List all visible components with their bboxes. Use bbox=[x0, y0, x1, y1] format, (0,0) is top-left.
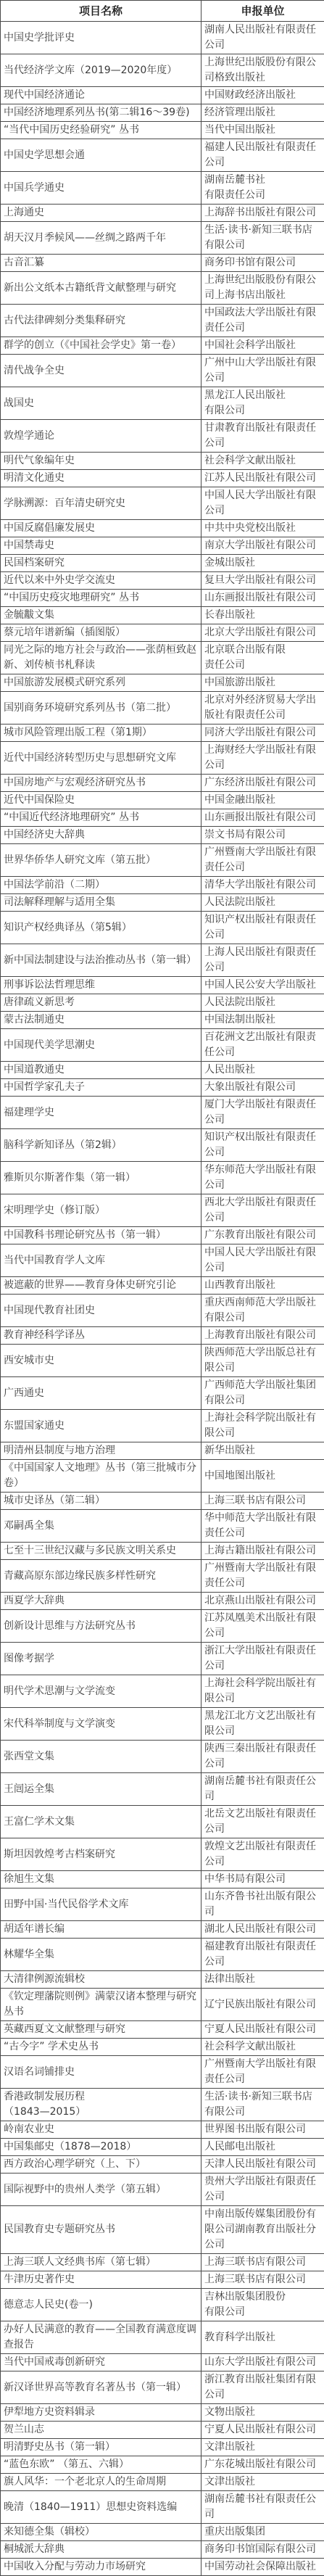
table-row: 同光之际的地方社会与政治——张荫桓致赵新、刘传桢书札释读北京联合出版有限 责任公… bbox=[1, 642, 324, 674]
table-row: 中国旅游发展模式研究系列中国旅游出版社 bbox=[1, 674, 324, 692]
project-name-cell: 明清文化通史 bbox=[1, 470, 202, 487]
org-cell: 陕西师范大学出版总社有限公司 bbox=[202, 1345, 324, 1377]
project-name-cell: 群学的创立（《中国社会学史》第一卷） bbox=[1, 337, 202, 355]
table-row: 中国经济地理系列丛书(第二辑16～39卷)经济管理出版社 bbox=[1, 104, 324, 122]
project-name-cell: 知识产权经典译丛（第5辑） bbox=[1, 912, 202, 944]
project-name-cell: 邓嗣禹全集 bbox=[1, 1510, 202, 1543]
table-row: 福建理学史厦门大学出版社有限责任公司 bbox=[1, 1097, 324, 1129]
project-name-cell: 明清野史丛书（第一辑） bbox=[1, 2439, 202, 2456]
table-row: 敦煌学通论甘肃教育出版社有限责任公司 bbox=[1, 420, 324, 453]
header-org: 申报单位 bbox=[202, 1, 324, 22]
org-cell: 中共中央党校出版社 bbox=[202, 520, 324, 537]
project-name-cell: 新中国法制建设与法治推动丛书（第一辑） bbox=[1, 944, 202, 977]
table-row: 英藏西夏文文献整理与研究宁夏人民出版社有限公司 bbox=[1, 2021, 324, 2039]
project-name-cell: 刑事诉讼法哲理思维 bbox=[1, 977, 202, 994]
org-cell: 上海辞书出版社有限公司 bbox=[202, 205, 324, 222]
org-cell: 厦门大学出版社有限责任公司 bbox=[202, 1097, 324, 1129]
org-cell: 人民法院出版社 bbox=[202, 994, 324, 1012]
project-name-cell: 国别商务环境研究系列丛书（第二批） bbox=[1, 692, 202, 724]
table-row: 新出公文纸本古籍纸背文献整理与研究上海世纪出版股份有限公司上海书店出版社 bbox=[1, 272, 324, 305]
project-name-cell: 学脉溯源：百年清史研究史 bbox=[1, 487, 202, 520]
project-name-cell: 创新设计思维与方法研究丛书 bbox=[1, 1610, 202, 1643]
table-row: 图像考据学浙江大学出版社有限责任公司 bbox=[1, 1643, 324, 1675]
org-cell: 广东花城出版社有限公司 bbox=[202, 2456, 324, 2474]
table-row: 大清律例源流辑校法律出版社 bbox=[1, 1971, 324, 1989]
org-cell: 法律出版社 bbox=[202, 1971, 324, 1989]
project-name-cell: 贺兰山志 bbox=[1, 2422, 202, 2439]
project-name-cell: 中国史学思想会通 bbox=[1, 139, 202, 172]
org-cell: 北京燕山出版社有限公司 bbox=[202, 1593, 324, 1610]
table-row: 群学的创立（《中国社会学史》第一卷）中国社会科学出版社 bbox=[1, 337, 324, 355]
table-row: 张西堂文集陕西三秦出版社有限责任公司 bbox=[1, 1741, 324, 1773]
project-name-cell: “蓝色东欧” （第五、六辑） bbox=[1, 2456, 202, 2474]
org-cell: 崇文书局有限公司 bbox=[202, 827, 324, 844]
org-cell: 吉林出版集团股份 有限公司 bbox=[202, 2289, 324, 2321]
table-row: 中国收入分配与劳动力市场研究中国劳动社会保障出版社 bbox=[1, 2559, 324, 2576]
table-row: 中国现代教育社团史重庆西南师范大学出版社有限公司 bbox=[1, 1295, 324, 1327]
project-name-cell: 金毓黻文集 bbox=[1, 607, 202, 624]
table-row: 西安城市史陕西师范大学出版总社有限公司 bbox=[1, 1345, 324, 1377]
project-name-cell: 来知德全集（辑校） bbox=[1, 2524, 202, 2541]
org-cell: 经济管理出版社 bbox=[202, 104, 324, 122]
table-row: 中国集邮史（1878—2018）人民邮电出版社 bbox=[1, 2139, 324, 2156]
table-row: 雅斯贝尔斯著作集（第一辑）华东师范大学出版社有限公司 bbox=[1, 1162, 324, 1194]
project-name-cell: 中国现代美学思潮史 bbox=[1, 1029, 202, 1062]
org-cell: 上海三联书店有限公司 bbox=[202, 2254, 324, 2271]
org-cell: 广州中山大学出版社有限公司 bbox=[202, 355, 324, 387]
project-name-cell: 晚清（1840—1911）思想史资料选编 bbox=[1, 2491, 202, 2524]
org-cell: 重庆出版集团 bbox=[202, 2524, 324, 2541]
org-cell: 甘肃教育出版社有限责任公司 bbox=[202, 420, 324, 453]
org-cell: 中华书局有限公司 bbox=[202, 1871, 324, 1888]
org-cell: 湖北人民出版社有限公司 bbox=[202, 1921, 324, 1939]
table-row: 现代中国经济通论中国财政经济出版社 bbox=[1, 87, 324, 104]
org-cell: 广西师范大学出版社集团有限公司 bbox=[202, 1377, 324, 1410]
org-cell: 南京大学出版社有限公司 bbox=[202, 537, 324, 555]
org-cell: 中国财政经济出版社 bbox=[202, 87, 324, 104]
org-cell: 黑龙江人民出版社 有限公司 bbox=[202, 387, 324, 420]
org-cell: 福建教育出版社有限责任公司 bbox=[202, 1939, 324, 1971]
project-name-cell: 中国法学前沿（二期） bbox=[1, 877, 202, 894]
org-cell: 江苏凤凰美术出版社有限公司 bbox=[202, 1610, 324, 1643]
table-row: 民国教育史专题研究丛书中南出版传媒集团股份有限公司湖南教育出版社分公司 bbox=[1, 2206, 324, 2254]
org-cell: 广州暨南大学出版社有限责任公司 bbox=[202, 1560, 324, 1593]
table-row: 邓嗣禹全集华中师范大学出版社有限责任公司 bbox=[1, 1510, 324, 1543]
org-cell: 辽宁民族出版社有限公司 bbox=[202, 1989, 324, 2021]
org-cell: 湖南岳麓书社有限责任公司 bbox=[202, 2491, 324, 2524]
project-name-cell: 中国旅游发展模式研究系列 bbox=[1, 674, 202, 692]
org-cell: 华东师范大学出版社有限公司 bbox=[202, 1162, 324, 1194]
org-cell: 北京联合出版有限 责任公司 bbox=[202, 642, 324, 674]
org-cell: 中国金融出版社 bbox=[202, 792, 324, 809]
org-cell: 上海世纪出版股份有限公司上海书店出版社 bbox=[202, 272, 324, 305]
project-name-cell: 旗人风华：一个老北京人的生命周期 bbox=[1, 2474, 202, 2491]
org-cell: 上海三联书店有限公司 bbox=[202, 2271, 324, 2289]
table-row: 田野中国·当代民俗学术文库山东齐鲁书社出版有限公司 bbox=[1, 1888, 324, 1921]
org-cell: 广东经济出版社有限公司 bbox=[202, 775, 324, 792]
project-name-cell: 汉语名词铺排史 bbox=[1, 2056, 202, 2089]
project-name-cell: 新出公文纸本古籍纸背文献整理与研究 bbox=[1, 272, 202, 305]
org-cell: 百花洲文艺出版社有限责任公司 bbox=[202, 1029, 324, 1062]
table-row: 伊犁地方史资料辑录文物出版社 bbox=[1, 2404, 324, 2422]
project-name-cell: 中国经济地理系列丛书(第二辑16～39卷) bbox=[1, 104, 202, 122]
org-cell: 上海三联书店有限公司 bbox=[202, 1493, 324, 1510]
table-row: “中国历史疫灾地理研究” 丛书山东画报出版社有限公司 bbox=[1, 590, 324, 607]
project-name-cell: 西夏学大辞典 bbox=[1, 1593, 202, 1610]
table-row: 国别商务环境研究系列丛书（第二批）北京对外经济贸易大学出版社有限责任公司 bbox=[1, 692, 324, 724]
table-row: 旗人风华：一个老北京人的生命周期文津出版社 bbox=[1, 2474, 324, 2491]
table-row: 古代法律碑刻分类集释研究中国政法大学出版社有限责任公司 bbox=[1, 305, 324, 337]
project-name-cell: 广西通史 bbox=[1, 1377, 202, 1410]
project-name-cell: 战国史 bbox=[1, 387, 202, 420]
project-name-cell: 伊犁地方史资料辑录 bbox=[1, 2404, 202, 2422]
table-row: 中国兵学通史湖南岳麓书社 有限责任公司 bbox=[1, 172, 324, 205]
org-cell: 中南出版传媒集团股份有限公司湖南教育出版社分公司 bbox=[202, 2206, 324, 2254]
project-name-cell: 田野中国·当代民俗学术文库 bbox=[1, 1888, 202, 1921]
project-name-cell: 胡适年谱长编 bbox=[1, 1921, 202, 1939]
org-cell: 世界图书出版有限公司 bbox=[202, 2121, 324, 2139]
org-cell: 西北大学出版社有限责任公司 bbox=[202, 1194, 324, 1227]
project-name-cell: 同光之际的地方社会与政治——张荫桓致赵新、刘传桢书札释读 bbox=[1, 642, 202, 674]
table-row: 中国教科书理论研究丛书（第一辑）广东教育出版社有限公司 bbox=[1, 1227, 324, 1244]
table-row: 唐律疏义新思考人民法院出版社 bbox=[1, 994, 324, 1012]
project-name-cell: 近代中国保险史 bbox=[1, 792, 202, 809]
project-name-cell: 中国哲学家孔夫子 bbox=[1, 1079, 202, 1097]
project-name-cell: 雅斯贝尔斯著作集（第一辑） bbox=[1, 1162, 202, 1194]
project-name-cell: 明代气象编年史 bbox=[1, 453, 202, 470]
table-row: 办好人民满意的教育——全国教育满意度调查报告教育科学出版社 bbox=[1, 2321, 324, 2354]
table-row: 中国现代美学思潮史百花洲文艺出版社有限责任公司 bbox=[1, 1029, 324, 1062]
org-cell: 浙江教育出版社集团有限公司 bbox=[202, 2371, 324, 2404]
org-cell: 中国人民大学出版社有限公司 bbox=[202, 487, 324, 520]
table-row: 《钦定理藩院则例》满蒙汉诸本整理与研究丛书辽宁民族出版社有限公司 bbox=[1, 1989, 324, 2021]
project-name-cell: 牛津历史著作史 bbox=[1, 2271, 202, 2289]
table-row: 西夏学大辞典北京燕山出版社有限公司 bbox=[1, 1593, 324, 1610]
table-row: 清代战争全史广州中山大学出版社有限公司 bbox=[1, 355, 324, 387]
org-cell: 人民出版社 bbox=[202, 1062, 324, 1079]
org-cell: 上海古籍出版社有限公司 bbox=[202, 1543, 324, 1560]
table-row: 中国史学批评史湖南人民出版社有限责任公司 bbox=[1, 22, 324, 54]
org-cell: 上海人民出版社有限责任公司 bbox=[202, 944, 324, 977]
project-name-cell: 近代中国经济转型历史与思想研究文库 bbox=[1, 742, 202, 775]
table-row: 蒙古法制通史中国法制出版社 bbox=[1, 1012, 324, 1029]
table-row: 当代经济学文库（2019—2020年度）上海世纪出版股份有限公司格致出版社 bbox=[1, 54, 324, 87]
table-row: 徐旭生文集中华书局有限公司 bbox=[1, 1871, 324, 1888]
project-name-cell: 当代中国教育学人文库 bbox=[1, 1244, 202, 1277]
table-row: 七至十三世纪汉藏与多民族文明关系史上海古籍出版社有限公司 bbox=[1, 1543, 324, 1560]
org-cell: 文物出版社 bbox=[202, 2404, 324, 2422]
org-cell: 文津出版社 bbox=[202, 2474, 324, 2491]
org-cell: 生活·读书·新知三联书店有限公司 bbox=[202, 222, 324, 255]
project-name-cell: 王闿运全集 bbox=[1, 1773, 202, 1806]
org-cell: 新华出版社 bbox=[202, 1442, 324, 1460]
project-name-cell: 近代以来中外史学交流史 bbox=[1, 572, 202, 590]
project-name-cell: 中国史学批评史 bbox=[1, 22, 202, 54]
project-name-cell: 上海三联人文经典书库（第七辑） bbox=[1, 2254, 202, 2271]
project-name-cell: 王富仁学术文集 bbox=[1, 1806, 202, 1838]
project-name-cell: 中国收入分配与劳动力市场研究 bbox=[1, 2559, 202, 2576]
project-name-cell: “中国历史疫灾地理研究” 丛书 bbox=[1, 590, 202, 607]
org-cell: 金城出版社 bbox=[202, 555, 324, 572]
org-cell: 湖南岳麓书社有限责任公司 bbox=[202, 1773, 324, 1806]
table-row: 创新设计思维与方法研究丛书江苏凤凰美术出版社有限公司 bbox=[1, 1610, 324, 1643]
org-cell: 山东画报出版社有限公司 bbox=[202, 590, 324, 607]
org-cell: 知识产权出版社有限责任公司 bbox=[202, 912, 324, 944]
org-cell: 贵州大学出版社有限责任公司 bbox=[202, 2173, 324, 2206]
table-row: 中国法学前沿（二期）清华大学出版社有限公司 bbox=[1, 877, 324, 894]
org-cell: 人民法院出版社 bbox=[202, 894, 324, 912]
org-cell: 北京对外经济贸易大学出版社有限责任公司 bbox=[202, 692, 324, 724]
table-row: 广西通史广西师范大学出版社集团有限公司 bbox=[1, 1377, 324, 1410]
org-cell: 天津人民出版社有限公司 bbox=[202, 2156, 324, 2173]
org-cell: 清华大学出版社有限公司 bbox=[202, 877, 324, 894]
org-cell: 湖南岳麓书社 有限责任公司 bbox=[202, 172, 324, 205]
org-cell: 中国法制出版社 bbox=[202, 1012, 324, 1029]
project-name-cell: 明清州县制度与地方治理 bbox=[1, 1442, 202, 1460]
org-cell: 长春出版社 bbox=[202, 607, 324, 624]
table-row: 上海三联人文经典书库（第七辑）上海三联书店有限公司 bbox=[1, 2254, 324, 2271]
project-name-cell: 青藏高原东部边缘民族多样性研究 bbox=[1, 1560, 202, 1593]
table-row: 民国档案研究金城出版社 bbox=[1, 555, 324, 572]
table-row: 中国禁毒史南京大学出版社有限公司 bbox=[1, 537, 324, 555]
table-row: 中国经济史大辞典崇文书局有限公司 bbox=[1, 827, 324, 844]
project-name-cell: 教育神经科学译丛 bbox=[1, 1327, 202, 1345]
project-name-cell: 城市史译丛（第二辑） bbox=[1, 1493, 202, 1510]
table-row: 中国史学思想会通福建人民出版社有限责任公司 bbox=[1, 139, 324, 172]
table-row: 贺兰山志宁夏人民出版社有限公司 bbox=[1, 2422, 324, 2439]
project-name-cell: 唐律疏义新思考 bbox=[1, 994, 202, 1012]
table-row: 晚清（1840—1911）思想史资料选编湖南岳麓书社有限责任公司 bbox=[1, 2491, 324, 2524]
table-row: 岭南农业史世界图书出版有限公司 bbox=[1, 2121, 324, 2139]
org-cell: 山西教育出版社 bbox=[202, 1277, 324, 1295]
project-name-cell: 民国教育史专题研究丛书 bbox=[1, 2206, 202, 2254]
org-cell: 中国旅游出版社 bbox=[202, 674, 324, 692]
org-cell: 宁夏人民出版社有限公司 bbox=[202, 2021, 324, 2039]
table-row: 蔡元培年谱新编（插图版）北京大学出版社有限公司 bbox=[1, 624, 324, 642]
project-name-cell: 胡天汉月季候风——丝绸之路两千年 bbox=[1, 222, 202, 255]
project-name-cell: “当代中国历史经验研究” 丛书 bbox=[1, 122, 202, 139]
table-row: 青藏高原东部边缘民族多样性研究广州暨南大学出版社有限责任公司 bbox=[1, 1560, 324, 1593]
table-row: 汉语名词铺排史广州暨南大学出版社有限责任公司 bbox=[1, 2056, 324, 2089]
org-cell: 复旦大学出版社有限公司 bbox=[202, 572, 324, 590]
header-project-name: 项目名称 bbox=[1, 1, 202, 22]
table-row: 近代中国保险史中国金融出版社 bbox=[1, 792, 324, 809]
table-row: 林耀华全集福建教育出版社有限责任公司 bbox=[1, 1939, 324, 1971]
project-name-cell: 脑科学新知译丛（第2辑） bbox=[1, 1129, 202, 1162]
org-cell: 北京大学出版社有限公司 bbox=[202, 624, 324, 642]
project-name-cell: 蒙古法制通史 bbox=[1, 1012, 202, 1029]
project-name-cell: 古代法律碑刻分类集释研究 bbox=[1, 305, 202, 337]
project-name-cell: 福建理学史 bbox=[1, 1097, 202, 1129]
project-name-cell: 英藏西夏文文献整理与研究 bbox=[1, 2021, 202, 2039]
org-cell: 大象出版社有限公司 bbox=[202, 1079, 324, 1097]
table-row: “蓝色东欧” （第五、六辑）广东花城出版社有限公司 bbox=[1, 2456, 324, 2474]
project-name-cell: 《中国国家人文地理》丛书（第三批城市分卷） bbox=[1, 1460, 202, 1493]
table-row: 中国房地产与宏观经济研究丛书广东经济出版社有限公司 bbox=[1, 775, 324, 792]
org-cell: 人民邮电出版社 bbox=[202, 2139, 324, 2156]
project-name-cell: 蔡元培年谱新编（插图版） bbox=[1, 624, 202, 642]
org-cell: 中国社会科学出版社 bbox=[202, 337, 324, 355]
project-name-cell: 敦煌学通论 bbox=[1, 420, 202, 453]
table-row: 被遮蔽的世界——教育身体史研究引论山西教育出版社 bbox=[1, 1277, 324, 1295]
table-row: 明清州县制度与地方治理新华出版社 bbox=[1, 1442, 324, 1460]
org-cell: 中国劳动社会保障出版社 bbox=[202, 2559, 324, 2576]
project-name-cell: 图像考据学 bbox=[1, 1643, 202, 1675]
project-name-cell: 东盟国家通史 bbox=[1, 1410, 202, 1442]
org-cell: 山东齐鲁书社出版有限公司 bbox=[202, 1888, 324, 1921]
project-name-cell: 国际视野中的贵州人类学（第五辑） bbox=[1, 2173, 202, 2206]
project-name-cell: 岭南农业史 bbox=[1, 2121, 202, 2139]
project-name-cell: 中国禁毒史 bbox=[1, 537, 202, 555]
org-cell: 敦煌文艺出版社有限责任公司 bbox=[202, 1838, 324, 1871]
table-row: 斯坦因敦煌考古档案研究敦煌文艺出版社有限责任公司 bbox=[1, 1838, 324, 1871]
project-name-cell: 西安城市史 bbox=[1, 1345, 202, 1377]
table-row: 胡天汉月季候风——丝绸之路两千年生活·读书·新知三联书店有限公司 bbox=[1, 222, 324, 255]
org-cell: 宁夏人民出版社有限公司 bbox=[202, 2422, 324, 2439]
project-name-cell: 被遮蔽的世界——教育身体史研究引论 bbox=[1, 1277, 202, 1295]
table-row: 上海通史上海辞书出版社有限公司 bbox=[1, 205, 324, 222]
org-cell: 中国政法大学出版社有限责任公司 bbox=[202, 305, 324, 337]
table-row: 来知德全集（辑校）重庆出版集团 bbox=[1, 2524, 324, 2541]
org-cell: 重庆西南师范大学出版社有限公司 bbox=[202, 1295, 324, 1327]
table-row: 东盟国家通史上海社会科学院出版社有限公司 bbox=[1, 1410, 324, 1442]
table-row: 明清文化通史江苏人民出版社有限公司 bbox=[1, 470, 324, 487]
org-cell: 社会科学文献出版社 bbox=[202, 2039, 324, 2056]
project-name-cell: 世界华侨华人研究文库（第五批） bbox=[1, 844, 202, 877]
org-cell: 教育科学出版社 bbox=[202, 2321, 324, 2354]
org-cell: 知识产权出版社有限责任公司 bbox=[202, 1129, 324, 1162]
table-row: 胡适年谱长编湖北人民出版社有限公司 bbox=[1, 1921, 324, 1939]
table-row: 金毓黻文集长春出版社 bbox=[1, 607, 324, 624]
table-row: 古音汇纂商务印书馆有限公司 bbox=[1, 255, 324, 272]
table-row: 学脉溯源：百年清史研究史中国人民大学出版社有限公司 bbox=[1, 487, 324, 520]
org-cell: 广东教育出版社有限公司 bbox=[202, 1227, 324, 1244]
org-cell: 黑龙江北方文艺出版社有限公司 bbox=[202, 1708, 324, 1741]
table-row: 新中国法制建设与法治推动丛书（第一辑）上海人民出版社有限责任公司 bbox=[1, 944, 324, 977]
table-row: 中国反腐倡廉发展史中共中央党校出版社 bbox=[1, 520, 324, 537]
org-cell: 中国人民大学出版社有限公司 bbox=[202, 1244, 324, 1277]
table-row: 战国史黑龙江人民出版社 有限公司 bbox=[1, 387, 324, 420]
org-cell: 山东大学出版社有限公司 bbox=[202, 2354, 324, 2371]
header-row: 项目名称 申报单位 bbox=[1, 1, 324, 22]
table-row: 中国道教通史人民出版社 bbox=[1, 1062, 324, 1079]
project-name-cell: 中国兵学通史 bbox=[1, 172, 202, 205]
table-row: 《中国国家人文地理》丛书（第三批城市分卷）中国地图出版社 bbox=[1, 1460, 324, 1493]
project-name-cell: 中国教科书理论研究丛书（第一辑） bbox=[1, 1227, 202, 1244]
org-cell: 上海社会科学院出版社有限公司 bbox=[202, 1410, 324, 1442]
table-row: 当代中国教育学人文库中国人民大学出版社有限公司 bbox=[1, 1244, 324, 1277]
project-name-cell: “中国近代经济地理研究” 丛书 bbox=[1, 809, 202, 827]
table-row: 明清野史丛书（第一辑）文津出版社 bbox=[1, 2439, 324, 2456]
project-name-cell: 《钦定理藩院则例》满蒙汉诸本整理与研究丛书 bbox=[1, 1989, 202, 2021]
table-row: 宋明理学史（修订版）西北大学出版社有限责任公司 bbox=[1, 1194, 324, 1227]
org-cell: 江苏人民出版社有限公司 bbox=[202, 470, 324, 487]
table-row: 脑科学新知译丛（第2辑）知识产权出版社有限责任公司 bbox=[1, 1129, 324, 1162]
table-row: 王富仁学术文集北岳文艺出版社有限责任公司 bbox=[1, 1806, 324, 1838]
project-name-cell: 斯坦因敦煌考古档案研究 bbox=[1, 1838, 202, 1871]
org-cell: 中国人民公安大学出版社 bbox=[202, 977, 324, 994]
project-name-cell: 办好人民满意的教育——全国教育满意度调查报告 bbox=[1, 2321, 202, 2354]
project-name-cell: 司法解释理解与适用全集 bbox=[1, 894, 202, 912]
project-name-cell: 德意志人民史(卷一) bbox=[1, 2289, 202, 2321]
org-cell: 福建人民出版社有限责任公司 bbox=[202, 139, 324, 172]
table-row: 明代气象编年史社会科学文献出版社 bbox=[1, 453, 324, 470]
org-cell: 商务印书馆国际有限公司 bbox=[202, 2541, 324, 2559]
org-cell: 广州暨南大学出版社有限责任公司 bbox=[202, 2056, 324, 2089]
org-cell: 中国地图出版社 bbox=[202, 1460, 324, 1493]
org-cell: 同济大学出版社有限公司 bbox=[202, 724, 324, 742]
project-name-cell: 中国现代教育社团史 bbox=[1, 1295, 202, 1327]
table-row: 中国哲学家孔夫子大象出版社有限公司 bbox=[1, 1079, 324, 1097]
table-row: “当代中国历史经验研究” 丛书当代中国出版社 bbox=[1, 122, 324, 139]
project-name-cell: 民国档案研究 bbox=[1, 555, 202, 572]
table-row: 桐城派大辞典商务印书馆国际有限公司 bbox=[1, 2541, 324, 2559]
org-cell: 上海社会科学院出版社有限公司 bbox=[202, 1675, 324, 1708]
table-row: 德意志人民史(卷一)吉林出版集团股份 有限公司 bbox=[1, 2289, 324, 2321]
org-cell: 湖南人民出版社有限责任公司 bbox=[202, 22, 324, 54]
project-name-cell: 当代经济学文库（2019—2020年度） bbox=[1, 54, 202, 87]
project-name-cell: 城市风险管理出版工程（第1期） bbox=[1, 724, 202, 742]
table-row: 宋代科举制度与文学演变黑龙江北方文艺出版社有限公司 bbox=[1, 1708, 324, 1741]
org-cell: 商务印书馆有限公司 bbox=[202, 255, 324, 272]
table-row: 新汉译世界高等教育名著丛书（第一辑）浙江教育出版社集团有限公司 bbox=[1, 2371, 324, 2404]
table-row: 世界华侨华人研究文库（第五批）广州暨南大学出版社有限责任公司 bbox=[1, 844, 324, 877]
project-name-cell: 香港政制发展历程 （1843—2015） bbox=[1, 2089, 202, 2121]
project-name-cell: 清代战争全史 bbox=[1, 355, 202, 387]
table-row: 西方政治心理学研究（上、下）天津人民出版社有限公司 bbox=[1, 2156, 324, 2173]
table-row: 教育神经科学译丛上海教育出版社有限公司 bbox=[1, 1327, 324, 1345]
project-name-cell: 上海通史 bbox=[1, 205, 202, 222]
project-name-cell: 中国房地产与宏观经济研究丛书 bbox=[1, 775, 202, 792]
org-cell: 上海世纪出版股份有限公司格致出版社 bbox=[202, 54, 324, 87]
table-row: 当代中国戒毒创新研究山东大学出版社有限公司 bbox=[1, 2354, 324, 2371]
org-cell: 社会科学文献出版社 bbox=[202, 453, 324, 470]
org-cell: 文津出版社 bbox=[202, 2439, 324, 2456]
table-row: 司法解释理解与适用全集人民法院出版社 bbox=[1, 894, 324, 912]
project-name-cell: 新汉译世界高等教育名著丛书（第一辑） bbox=[1, 2371, 202, 2404]
project-name-cell: 大清律例源流辑校 bbox=[1, 1971, 202, 1989]
project-name-cell: 中国经济史大辞典 bbox=[1, 827, 202, 844]
project-name-cell: 七至十三世纪汉藏与多民族文明关系史 bbox=[1, 1543, 202, 1560]
org-cell: 广州暨南大学出版社有限责任公司 bbox=[202, 844, 324, 877]
project-name-cell: 古音汇纂 bbox=[1, 255, 202, 272]
table-row: “古今字” 学术史丛书社会科学文献出版社 bbox=[1, 2039, 324, 2056]
table-row: 王闿运全集湖南岳麓书社有限责任公司 bbox=[1, 1773, 324, 1806]
project-name-cell: 张西堂文集 bbox=[1, 1741, 202, 1773]
table-row: 明代学术思潮与文学流变上海社会科学院出版社有限公司 bbox=[1, 1675, 324, 1708]
project-name-cell: 明代学术思潮与文学流变 bbox=[1, 1675, 202, 1708]
org-cell: 山东画报出版社有限公司 bbox=[202, 809, 324, 827]
org-cell: 北岳文艺出版社有限责任公司 bbox=[202, 1806, 324, 1838]
table-row: 城市史译丛（第二辑）上海三联书店有限公司 bbox=[1, 1493, 324, 1510]
table-body: 中国史学批评史湖南人民出版社有限责任公司当代经济学文库（2019—2020年度）… bbox=[1, 22, 324, 2576]
project-name-cell: 当代中国戒毒创新研究 bbox=[1, 2354, 202, 2371]
project-name-cell: 西方政治心理学研究（上、下） bbox=[1, 2156, 202, 2173]
table-header: 项目名称 申报单位 bbox=[1, 1, 324, 22]
project-name-cell: 宋明理学史（修订版） bbox=[1, 1194, 202, 1227]
org-cell: 上海教育出版社有限公司 bbox=[202, 1327, 324, 1345]
project-name-cell: 中国集邮史（1878—2018） bbox=[1, 2139, 202, 2156]
project-name-cell: 宋代科举制度与文学演变 bbox=[1, 1708, 202, 1741]
org-cell: 当代中国出版社 bbox=[202, 122, 324, 139]
project-name-cell: 中国反腐倡廉发展史 bbox=[1, 520, 202, 537]
table-row: 国际视野中的贵州人类学（第五辑）贵州大学出版社有限责任公司 bbox=[1, 2173, 324, 2206]
project-name-cell: 徐旭生文集 bbox=[1, 1871, 202, 1888]
project-name-cell: 现代中国经济通论 bbox=[1, 87, 202, 104]
org-cell: 上海财经大学出版社有限公司 bbox=[202, 742, 324, 775]
org-cell: 浙江大学出版社有限责任公司 bbox=[202, 1643, 324, 1675]
table-row: 城市风险管理出版工程（第1期）同济大学出版社有限公司 bbox=[1, 724, 324, 742]
